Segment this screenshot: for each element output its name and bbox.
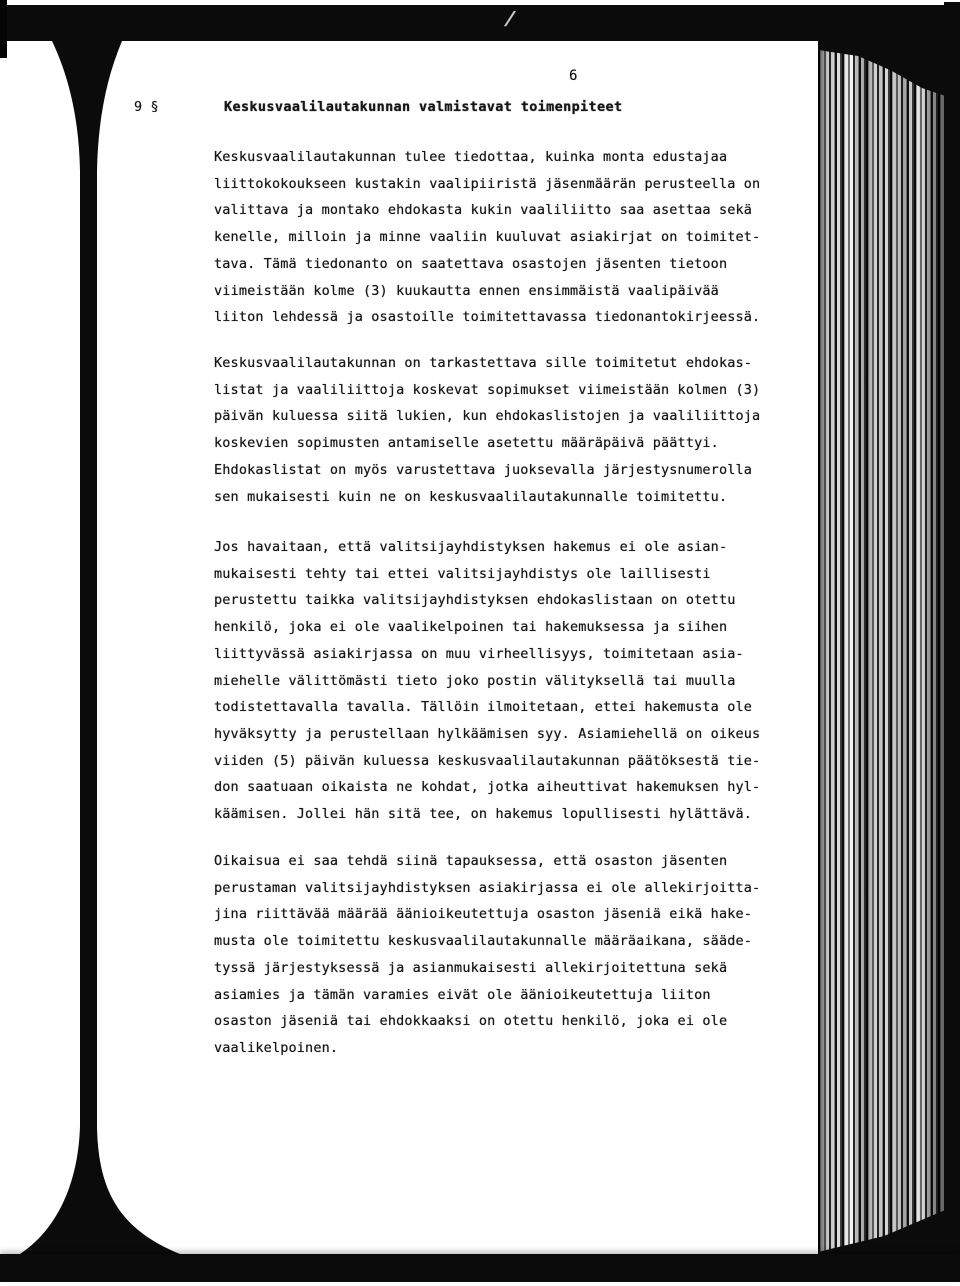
book-gutter-shadow bbox=[0, 41, 200, 1254]
page-edge-streaks bbox=[818, 40, 945, 1254]
scanner-bottom-band bbox=[0, 1254, 960, 1282]
scanned-book-page: / 6 9 § Keskusvaalilautakunnan valmistav… bbox=[0, 0, 960, 1286]
paragraph-no-correction-cases: Oikaisua ei saa tehdä siinä tapauksessa,… bbox=[214, 848, 780, 1062]
paragraph-defective-application: Jos havaitaan, että valitsijayhdistyksen… bbox=[214, 534, 780, 828]
book-page-edges bbox=[818, 40, 945, 1254]
document-heading: Keskusvaalilautakunnan valmistavat toime… bbox=[224, 99, 622, 115]
scanner-top-band bbox=[0, 5, 960, 41]
scanner-right-band bbox=[944, 2, 960, 1282]
paragraph-notice-duty: Keskusvaalilautakunnan tulee tiedottaa, … bbox=[214, 144, 780, 331]
paragraph-list-inspection: Keskusvaalilautakunnan on tarkastettava … bbox=[214, 350, 780, 510]
section-marker: 9 § bbox=[134, 99, 159, 115]
page-number: 6 bbox=[569, 68, 578, 84]
